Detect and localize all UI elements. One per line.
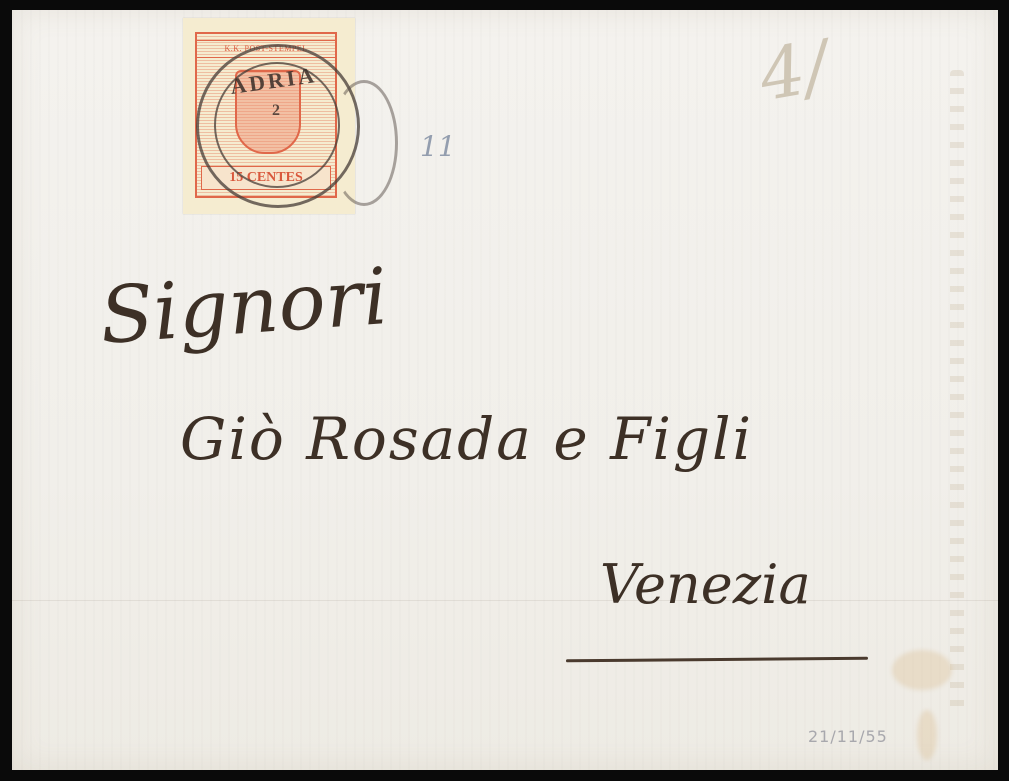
cancel-day: 2 xyxy=(272,102,280,120)
stain xyxy=(892,650,952,690)
pencil-date-note: 21/11/55 xyxy=(808,727,888,746)
address-city: Venezia xyxy=(600,553,811,616)
stain xyxy=(917,710,937,760)
faded-notation: 4/ xyxy=(753,25,834,118)
pencil-mark: 11 xyxy=(420,130,456,163)
fold-line xyxy=(12,600,998,601)
cancel-ring-offset xyxy=(330,80,398,206)
edge-stain xyxy=(950,70,964,710)
address-recipient: Giò Rosada e Figli xyxy=(180,405,753,473)
